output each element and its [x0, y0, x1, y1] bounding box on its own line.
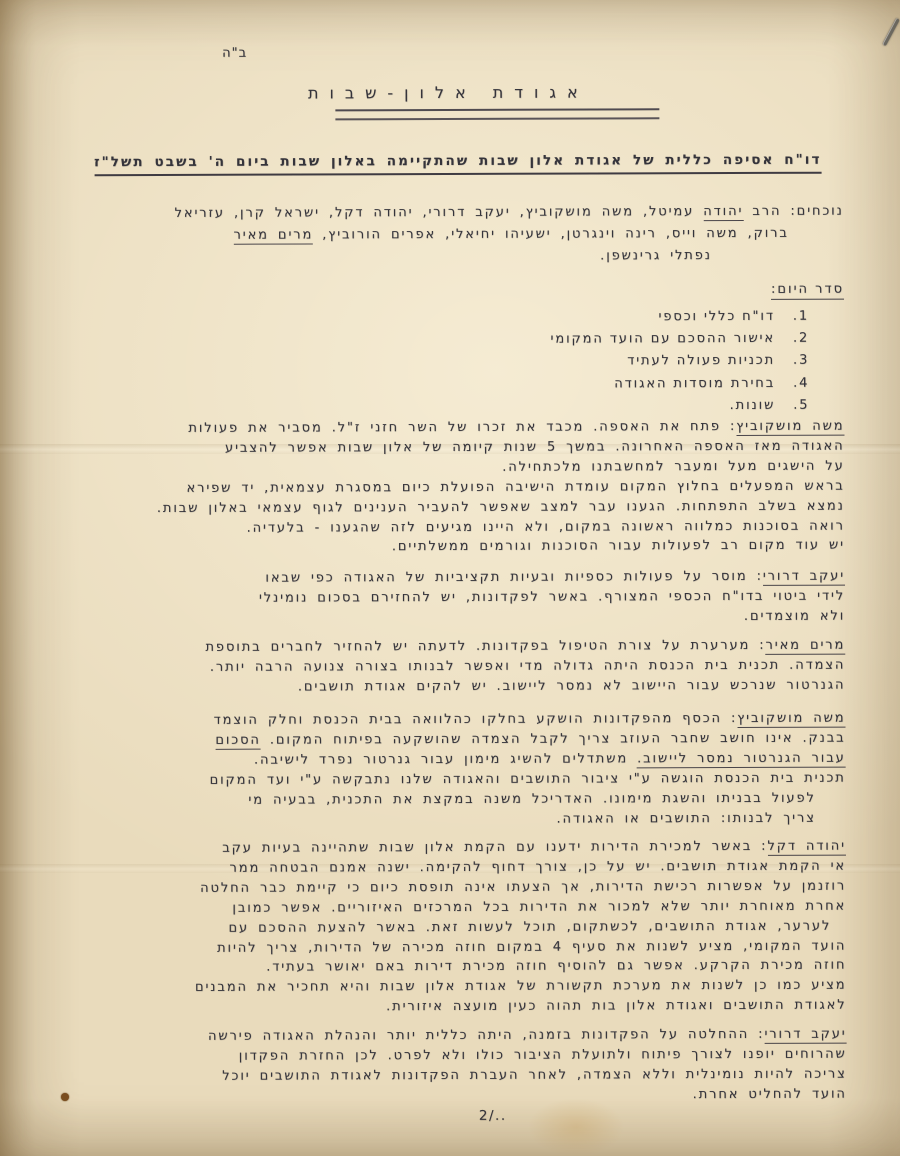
- text-line: בראש המפעלים בחלוץ המקום עומדת הישיבה הפ…: [36, 476, 845, 499]
- text-line: חוזה מכירת הקרקע. אפשר גם להוסיף חוזה מכ…: [37, 956, 846, 979]
- text-segment: משתדלים להשיג מימון עבור גנרטור נפרד ליש…: [254, 751, 637, 767]
- text-segment: חוזה מכירת הקרקע. אפשר גם להוסיף חוזה מכ…: [266, 958, 846, 975]
- text-segment: יש עוד מקום רב לפעולות עבור הסוכנות וגור…: [392, 538, 845, 555]
- underlined-segment: מרים מאיר: [766, 638, 846, 655]
- text-line: רוזנמן על אפשרות רכישת הדירות, אך הצעתו …: [37, 876, 846, 899]
- text-segment: הצמדה. תכנית בית הכנסת היתה גדולה מדי וא…: [210, 658, 845, 675]
- text-line: יש עוד מקום רב לפעולות עבור הסוכנות וגור…: [36, 536, 845, 559]
- attendees-block: נוכחים: הרב יהודה עמיטל, משה מושקוביץ, י…: [35, 201, 844, 269]
- agenda-heading-text: סדר היום:: [771, 282, 844, 300]
- text-segment: בבנק. אינו חושב שחבר העוזב צריך לקבל הצמ…: [261, 731, 846, 748]
- agenda-item: 1.דו"ח כללי וכספי: [550, 306, 809, 329]
- text-segment: לפעול בבניתו והשגת מימונו. האדריכל משנה …: [248, 790, 815, 807]
- agenda-item-text: דו"ח כללי וכספי: [659, 306, 775, 329]
- speech-paragraph-6: יעקב דרורי: ההחלטה על הפקדונות בזמנה, הי…: [38, 1025, 847, 1107]
- text-line: מרים מאיר: מערערת על צורת הטיפול בפקדונו…: [36, 636, 845, 659]
- agenda-item: 5.שונות.: [551, 395, 810, 418]
- underlined-segment: יהודה: [703, 204, 743, 221]
- text-segment: : באשר למכירת הדירות ידענו עם הקמת אלון …: [222, 839, 767, 856]
- agenda-heading: סדר היום:: [771, 282, 844, 297]
- underlined-segment: משה מושקוביץ: [736, 419, 844, 436]
- document-page: ב"ה אגודת אלון-שבות דו"ח אסיפה כללית של …: [0, 0, 900, 1156]
- text-line: יעקב דרורי: ההחלטה על הפקדונות בזמנה, הי…: [38, 1025, 847, 1048]
- agenda-item-number: 1.: [793, 306, 809, 328]
- text-line: מציע כמו כן לשנות את מערכת תקשורת של אגו…: [37, 976, 846, 999]
- text-segment: על הישגים מעל ומעבר למחשבתנו מלכתחילה.: [502, 458, 844, 474]
- text-line: בבנק. אינו חושב שחבר העוזב צריך לקבל הצמ…: [37, 729, 846, 752]
- text-line: האגודה מאז האספה האחרונה. במשך 5 שנות קי…: [36, 437, 845, 460]
- report-title: דו"ח אסיפה כללית של אגודת אלון שבות שהתק…: [94, 152, 821, 171]
- underlined-segment: משה מושקוביץ: [737, 711, 845, 728]
- text-segment: האגודה מאז האספה האחרונה. במשך 5 שנות קי…: [225, 439, 845, 456]
- text-line: לאגודת התושבים ואגודת אלון בות תהוה כעין…: [37, 996, 846, 1019]
- scan-content: ב"ה אגודת אלון-שבות דו"ח אסיפה כללית של …: [0, 0, 900, 1156]
- text-segment: : מערערת על צורת הטיפול בפקדונות. לדעתה …: [205, 638, 765, 655]
- text-line: יעקב דרורי: מוסר על פעולות כספיות ובעיות…: [36, 567, 845, 590]
- text-segment: מציע כמו כן לשנות את מערכת תקשורת של אגו…: [195, 978, 847, 995]
- text-line: הגנרטור שנרכש עבור היישוב לא נמסר ליישוב…: [36, 675, 845, 698]
- text-line: צריכה להיות נומינלית וללא הצמדה, לאחר הע…: [38, 1064, 847, 1087]
- text-line: נמצא בשלב התפתחות. הגענו עבר למצב שאפשר …: [36, 496, 845, 519]
- text-segment: ברוק, משה וייס, רינה וינגרטן, ישעיהו יחי…: [313, 226, 789, 243]
- text-line: משה מושקוביץ: הכסף מהפקדונות הושקע בחלקו…: [36, 709, 845, 732]
- speech-paragraph-4: משה מושקוביץ: הכסף מהפקדונות הושקע בחלקו…: [36, 709, 845, 831]
- text-line: יהודה דקל: באשר למכירת הדירות ידענו עם ה…: [37, 837, 846, 860]
- text-line: אי הקמת אגודת תושבים. יש על כן, צורך דחו…: [37, 857, 846, 880]
- text-segment: עמיטל, משה מושקוביץ, יעקב דרורי, יהודה ד…: [175, 204, 704, 221]
- text-segment: הועד המקומי, מציע לשנות את סעיף 4 במקום …: [217, 938, 846, 955]
- text-segment: לאגודת התושבים ואגודת אלון בות תהוה כעין…: [386, 998, 846, 1015]
- text-segment: הגנרטור שנרכש עבור היישוב לא נמסר ליישוב…: [298, 677, 846, 694]
- text-line: ולא מוצמדים.: [36, 606, 845, 629]
- text-line: צריך לבנותו: התושבים או האגודה.: [37, 808, 816, 831]
- text-segment: נמצא בשלב התפתחות. הגענו עבר למצב שאפשר …: [157, 498, 845, 515]
- agenda-item: 2.אישור ההסכם עם הועד המקומי: [551, 328, 810, 351]
- text-segment: לערער, אגודת התושבים, לכשתקום, תוכל לעשו…: [228, 918, 831, 935]
- text-line: משה מושקוביץ: פתח את האספה. מכבד את זכרו…: [35, 417, 844, 440]
- agenda-item-number: 3.: [793, 350, 809, 372]
- text-segment: : פתח את האספה. מכבד את זכרו של השר חזני…: [188, 419, 736, 436]
- text-line: ברוק, משה וייס, רינה וינגרטן, ישעיהו יחי…: [35, 223, 789, 247]
- agenda-item-text: בחירת מוסדות האגודה: [614, 372, 775, 395]
- text-segment: נפתלי גרינשפן.: [600, 248, 712, 263]
- text-line: שהרוחים יופנו לצורך פיתוח ולתועלת הציבור…: [38, 1045, 847, 1068]
- text-line: הועד להחליט אחרת.: [38, 1084, 847, 1107]
- text-line: אחרת מאוחרת יותר שלא למכור את הדירות בכל…: [37, 896, 846, 919]
- text-line: תכנית בית הכנסת הוגשה ע"י ציבור התושבים …: [37, 768, 846, 791]
- speech-paragraph-5: יהודה דקל: באשר למכירת הדירות ידענו עם ה…: [37, 837, 847, 1019]
- text-segment: צריכה להיות נומינלית וללא הצמדה, לאחר הע…: [222, 1066, 847, 1083]
- agenda-item-number: 5.: [793, 395, 809, 417]
- text-segment: נוכחים: הרב: [743, 204, 844, 219]
- text-segment: אחרת מאוחרת יותר שלא למכור את הדירות בכל…: [232, 898, 846, 915]
- agenda-item-text: שונות.: [730, 395, 776, 417]
- text-line: לפעול בבניתו והשגת מימונו. האדריכל משנה …: [37, 788, 816, 811]
- report-title-text: דו"ח אסיפה כללית של אגודת אלון שבות שהתק…: [94, 152, 821, 177]
- text-line: לערער, אגודת התושבים, לכשתקום, תוכל לעשו…: [37, 916, 831, 939]
- speech-paragraph-2: יעקב דרורי: מוסר על פעולות כספיות ובעיות…: [36, 567, 845, 630]
- text-segment: : הכסף מהפקדונות הושקע בחלקו כהלוואה בבי…: [214, 711, 738, 728]
- text-segment: אי הקמת אגודת תושבים. יש על כן, צורך דחו…: [229, 859, 846, 876]
- agenda-list: 1.דו"ח כללי וכספי2.אישור ההסכם עם הועד ה…: [550, 306, 809, 418]
- speech-paragraph-1: משה מושקוביץ: פתח את האספה. מכבד את זכרו…: [35, 417, 844, 559]
- text-line: נוכחים: הרב יהודה עמיטל, משה מושקוביץ, י…: [35, 201, 844, 226]
- text-segment: ולא מוצמדים.: [744, 608, 845, 623]
- text-line: על הישגים מעל ומעבר למחשבתנו מלכתחילה.: [36, 456, 845, 479]
- text-line: רואה בסוכנות כמלווה ראשונה במקום, ולא הי…: [36, 516, 845, 539]
- agenda-item-text: תכניות פעולה לעתיד: [627, 350, 775, 373]
- text-segment: שהרוחים יופנו לצורך פיתוח ולתועלת הציבור…: [239, 1047, 847, 1064]
- text-segment: תכנית בית הכנסת הוגשה ע"י ציבור התושבים …: [210, 770, 846, 787]
- underlined-segment: יהודה דקל: [767, 839, 846, 856]
- text-segment: הועד להחליט אחרת.: [693, 1086, 847, 1102]
- text-segment: צריך לבנותו: התושבים או האגודה.: [556, 810, 815, 826]
- speech-paragraph-3: מרים מאיר: מערערת על צורת הטיפול בפקדונו…: [36, 636, 845, 699]
- text-segment: : ההחלטה על הפקדונות בזמנה, היתה כללית י…: [208, 1027, 765, 1044]
- text-segment: רוזנמן על אפשרות רכישת הדירות, אך הצעתו …: [200, 878, 846, 895]
- agenda-item-number: 2.: [793, 328, 809, 350]
- agenda-item-text: אישור ההסכם עם הועד המקומי: [551, 328, 775, 351]
- text-line: עבור הגנרטור נמסר ליישוב. משתדלים להשיג …: [37, 748, 846, 771]
- org-name: אגודת אלון-שבות: [0, 81, 898, 103]
- text-segment: רואה בסוכנות כמלווה ראשונה במקום, ולא הי…: [247, 518, 845, 535]
- text-segment: בראש המפעלים בחלוץ המקום עומדת הישיבה הפ…: [186, 478, 844, 495]
- text-line: הצמדה. תכנית בית הכנסת היתה גדולה מדי וא…: [36, 656, 845, 679]
- text-segment: : מוסר על פעולות כספיות ובעיות תקציביות …: [265, 569, 763, 586]
- underlined-segment: יעקב דרורי: [763, 569, 845, 586]
- agenda-item-number: 4.: [793, 372, 809, 394]
- underlined-segment: יעקב דרורי: [764, 1027, 846, 1044]
- page-number: 2/..: [479, 1108, 507, 1124]
- underlined-segment: עבור הגנרטור נמסר ליישוב.: [637, 750, 846, 768]
- underlined-segment: מרים מאיר: [233, 227, 313, 244]
- text-line: לידי ביטוי בדו"ח הכספי המצורף. באשר לפקד…: [36, 587, 845, 610]
- bsd-mark: ב"ה: [222, 46, 247, 61]
- text-segment: לידי ביטוי בדו"ח הכספי המצורף. באשר לפקד…: [259, 589, 845, 606]
- agenda-item: 3.תכניות פעולה לעתיד: [551, 350, 810, 373]
- text-line: הועד המקומי, מציע לשנות את סעיף 4 במקום …: [37, 936, 846, 959]
- agenda-item: 4.בחירת מוסדות האגודה: [551, 372, 810, 395]
- underlined-segment: הסכום: [215, 733, 261, 750]
- text-line: נפתלי גרינשפן.: [35, 245, 712, 269]
- org-name-underline: [335, 108, 659, 120]
